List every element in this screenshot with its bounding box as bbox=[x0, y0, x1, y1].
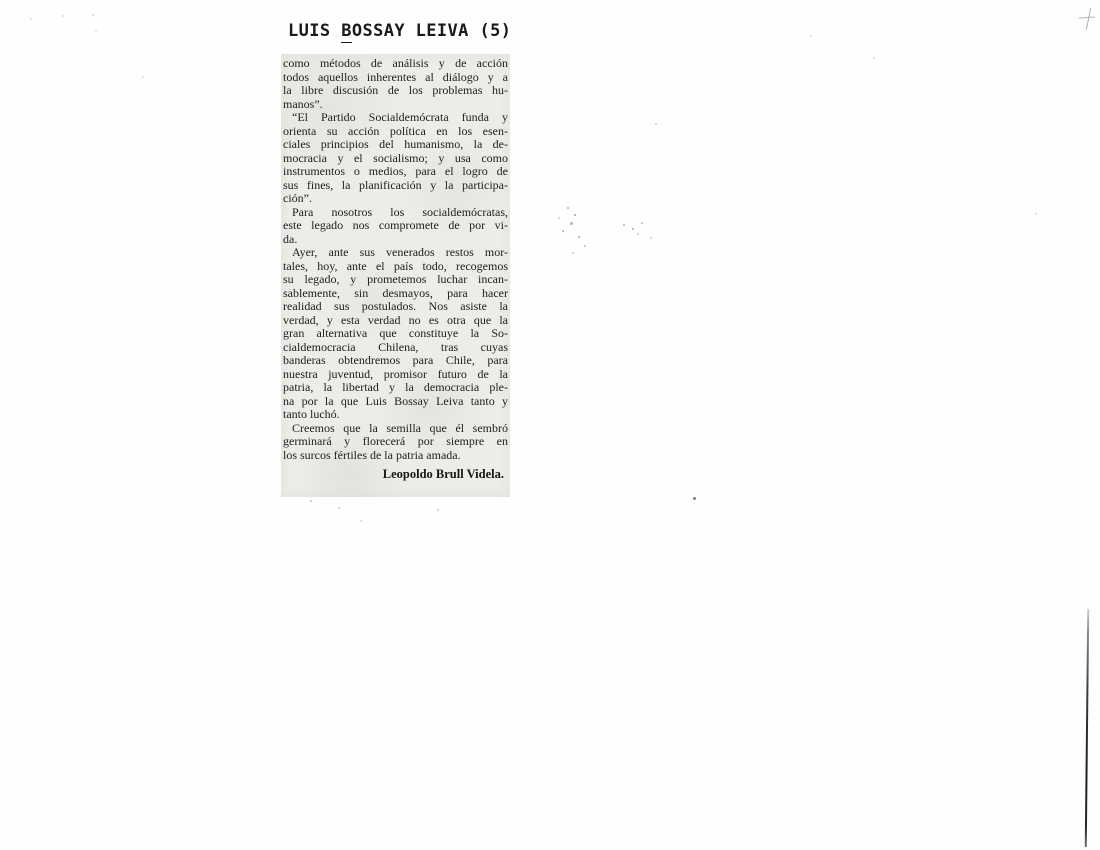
scan-speck bbox=[574, 214, 576, 216]
headline-text: OSSAY LEIVA (5) bbox=[352, 21, 512, 41]
text-line: orienta su acción política en los esen- bbox=[283, 125, 508, 139]
scan-speck bbox=[641, 222, 643, 224]
text-line: tales, hoy, ante el país todo, recogemos bbox=[283, 260, 508, 274]
scan-speck bbox=[95, 30, 97, 32]
text-line: Para nosotros los socialdemócratas, bbox=[283, 206, 508, 220]
scan-speck bbox=[30, 18, 32, 20]
scan-speck bbox=[584, 245, 586, 247]
text-line: Ayer, ante sus venerados restos mor- bbox=[283, 246, 508, 260]
text-line: nuestra juventud, promisor futuro de la bbox=[283, 368, 508, 382]
scan-speck bbox=[1035, 213, 1037, 215]
cross-vertical-stroke bbox=[1086, 8, 1092, 30]
body-column: como métodos de análisis y de accióntodo… bbox=[283, 57, 508, 462]
text-line: banderas obtendremos para Chile, para bbox=[283, 354, 508, 368]
text-line: mocracia y el socialismo; y usa como bbox=[283, 152, 508, 166]
scan-speck bbox=[92, 14, 94, 16]
scan-speck bbox=[693, 497, 696, 500]
headline-text: LUIS bbox=[288, 21, 341, 41]
scan-speck bbox=[578, 236, 580, 238]
text-line: germinará y florecerá por siempre en bbox=[283, 435, 508, 449]
scan-speck bbox=[650, 237, 652, 239]
newspaper-clipping: como métodos de análisis y de accióntodo… bbox=[281, 54, 510, 497]
text-line: este legado nos compromete de por vi- bbox=[283, 219, 508, 233]
scan-speck bbox=[810, 35, 812, 37]
text-line: patria, la libertad y la democracia ple- bbox=[283, 381, 508, 395]
scan-speck bbox=[655, 123, 657, 125]
scan-speck bbox=[558, 217, 560, 219]
text-line: realidad sus postulados. Nos asiste la bbox=[283, 300, 508, 314]
scan-speck bbox=[437, 509, 439, 511]
text-line: su legado, y prometemos luchar incan- bbox=[283, 273, 508, 287]
text-line: Creemos que la semilla que él sembró bbox=[283, 422, 508, 436]
scan-speck bbox=[338, 507, 340, 509]
registration-cross-icon bbox=[1076, 6, 1100, 34]
text-line: cialdemocracia Chilena, tras cuyas bbox=[283, 341, 508, 355]
scan-speck bbox=[570, 222, 573, 225]
text-line: todos aquellos inherentes al diálogo y a bbox=[283, 71, 508, 85]
scan-speck bbox=[567, 207, 569, 209]
scan-speck bbox=[873, 57, 875, 59]
text-line: da. bbox=[283, 233, 508, 247]
text-line: sablemente, sin desmayos, para hacer bbox=[283, 287, 508, 301]
text-line: tanto luchó. bbox=[283, 408, 508, 422]
text-line: ciales principios del humanismo, la de- bbox=[283, 138, 508, 152]
scan-speck bbox=[360, 520, 362, 522]
text-line: gran alternativa que constituye la So- bbox=[283, 327, 508, 341]
text-line: verdad, y esta verdad no es otra que la bbox=[283, 314, 508, 328]
text-line: la libre discusión de los problemas hu- bbox=[283, 84, 508, 98]
scan-speck bbox=[562, 230, 564, 232]
text-line: ción”. bbox=[283, 192, 508, 206]
scan-speck bbox=[62, 15, 64, 17]
scan-speck bbox=[572, 252, 574, 254]
text-line: “El Partido Socialdemócrata funda y bbox=[283, 111, 508, 125]
text-line: como métodos de análisis y de acción bbox=[283, 57, 508, 71]
headline: LUIS BOSSAY LEIVA (5) bbox=[288, 21, 528, 41]
scan-speck bbox=[142, 76, 144, 78]
scan-speck bbox=[623, 224, 625, 226]
text-line: na por la que Luis Bossay Leiva tanto y bbox=[283, 395, 508, 409]
text-line: instrumentos o medios, para el logro de bbox=[283, 165, 508, 179]
scan-line bbox=[1085, 609, 1089, 847]
text-line: manos”. bbox=[283, 98, 508, 112]
signature: Leopoldo Brull Videla. bbox=[283, 467, 508, 481]
headline-underlined-letter: B bbox=[341, 21, 352, 43]
scan-speck bbox=[637, 233, 639, 235]
scan-speck bbox=[310, 500, 312, 502]
scan-speck bbox=[632, 228, 634, 230]
text-line: los surcos fértiles de la patria amada. bbox=[283, 449, 508, 463]
text-line: sus fines, la planificación y la partici… bbox=[283, 179, 508, 193]
scanned-page: LUIS BOSSAY LEIVA (5) como métodos de an… bbox=[0, 0, 1100, 850]
